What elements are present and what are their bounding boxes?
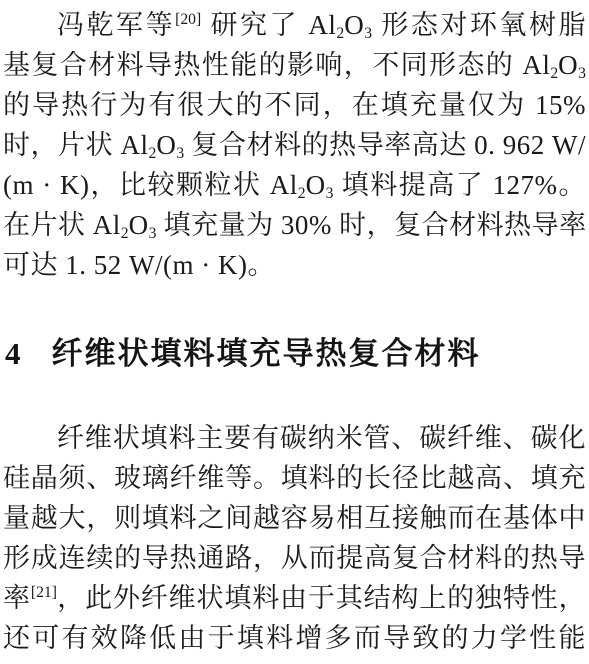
text-segment: O xyxy=(306,170,326,200)
chemical-subscript: 2 xyxy=(550,65,558,82)
text-line: (m · K)，比较颗粒状 Al2O3 填料提高了 127%。 xyxy=(3,165,586,205)
section-title: 纤维状填料填充导热复合材料 xyxy=(52,336,481,371)
chemical-subscript: 3 xyxy=(326,185,334,202)
text-segment: 量越大，则填料之间越容易相互接触而在基体中 xyxy=(3,503,586,533)
chemical-subscript: 2 xyxy=(121,225,129,242)
text-line: 时，片状 Al2O3 复合材料的热导率高达 0. 962 W/ xyxy=(3,125,586,165)
text-line: 可达 1. 52 W/(m · K)。 xyxy=(3,245,586,285)
section-heading: 4纤维状填料填充导热复合材料 xyxy=(3,332,586,376)
chemical-subscript: 3 xyxy=(364,25,372,42)
text-segment: 基复合材料导热性能的影响，不同形态的 Al xyxy=(3,50,550,80)
text-line: 的导热行为有很大的不同，在填充量仅为 15% xyxy=(3,85,586,125)
text-segment: O xyxy=(156,130,176,160)
text-segment: 形态对环氧树脂 xyxy=(372,10,586,40)
chemical-subscript: 3 xyxy=(578,65,586,82)
text-segment: 可达 1. 52 W/(m · K)。 xyxy=(3,250,275,280)
text-segment: O xyxy=(344,10,364,40)
text-segment: 在片状 Al xyxy=(3,210,121,240)
citation-superscript: [21] xyxy=(31,584,57,601)
chemical-subscript: 2 xyxy=(336,25,344,42)
chemical-subscript: 3 xyxy=(149,225,157,242)
text-segment: O xyxy=(558,50,578,80)
chemical-subscript: 2 xyxy=(298,185,306,202)
paragraph-2: 纤维状填料主要有碳纳米管、碳纤维、碳化硅晶须、玻璃纤维等。填料的长径比越高、填充… xyxy=(3,418,586,658)
text-line: 基复合材料导热性能的影响，不同形态的 Al2O3 xyxy=(3,45,586,85)
document-page: 冯乾军等[20] 研究了 Al2O3 形态对环氧树脂基复合材料导热性能的影响，不… xyxy=(0,0,589,664)
text-segment: 形成连续的导热通路，从而提高复合材料的热导 xyxy=(3,543,586,573)
section-number: 4 xyxy=(5,332,21,376)
text-line: 在片状 Al2O3 填充量为 30% 时，复合材料热导率 xyxy=(3,205,586,245)
text-segment: 时，片状 Al xyxy=(3,130,148,160)
text-segment: 冯乾军等 xyxy=(57,10,175,40)
text-segment: 硅晶须、玻璃纤维等。填料的长径比越高、填充 xyxy=(3,463,586,493)
text-segment: 填料提高了 127%。 xyxy=(333,170,586,200)
text-segment: O xyxy=(129,210,149,240)
text-line: 还可有效降低由于填料增多而导致的力学性能 xyxy=(3,618,586,658)
paragraph-1: 冯乾军等[20] 研究了 Al2O3 形态对环氧树脂基复合材料导热性能的影响，不… xyxy=(3,5,586,285)
text-line: 纤维状填料主要有碳纳米管、碳纤维、碳化 xyxy=(3,418,586,458)
text-segment: 填充量为 30% 时，复合材料热导率 xyxy=(156,210,586,240)
text-line: 形成连续的导热通路，从而提高复合材料的热导 xyxy=(3,538,586,578)
text-segment: (m · K)，比较颗粒状 Al xyxy=(3,170,298,200)
text-line: 率[21]，此外纤维状填料由于其结构上的独特性， xyxy=(3,578,586,618)
chemical-subscript: 3 xyxy=(176,145,184,162)
text-segment: ，此外纤维状填料由于其结构上的独特性， xyxy=(57,583,586,613)
text-segment: 率 xyxy=(3,583,31,613)
text-line: 硅晶须、玻璃纤维等。填料的长径比越高、填充 xyxy=(3,458,586,498)
text-segment: 还可有效降低由于填料增多而导致的力学性能 xyxy=(3,623,586,653)
text-segment: 纤维状填料主要有碳纳米管、碳纤维、碳化 xyxy=(57,423,586,453)
citation-superscript: [20] xyxy=(175,11,201,28)
text-segment: 的导热行为有很大的不同，在填充量仅为 15% xyxy=(3,90,586,120)
text-line: 量越大，则填料之间越容易相互接触而在基体中 xyxy=(3,498,586,538)
text-line: 冯乾军等[20] 研究了 Al2O3 形态对环氧树脂 xyxy=(3,5,586,45)
chemical-subscript: 2 xyxy=(148,145,156,162)
text-segment: 研究了 Al xyxy=(201,10,336,40)
text-segment: 复合材料的热导率高达 0. 962 W/ xyxy=(184,130,586,160)
